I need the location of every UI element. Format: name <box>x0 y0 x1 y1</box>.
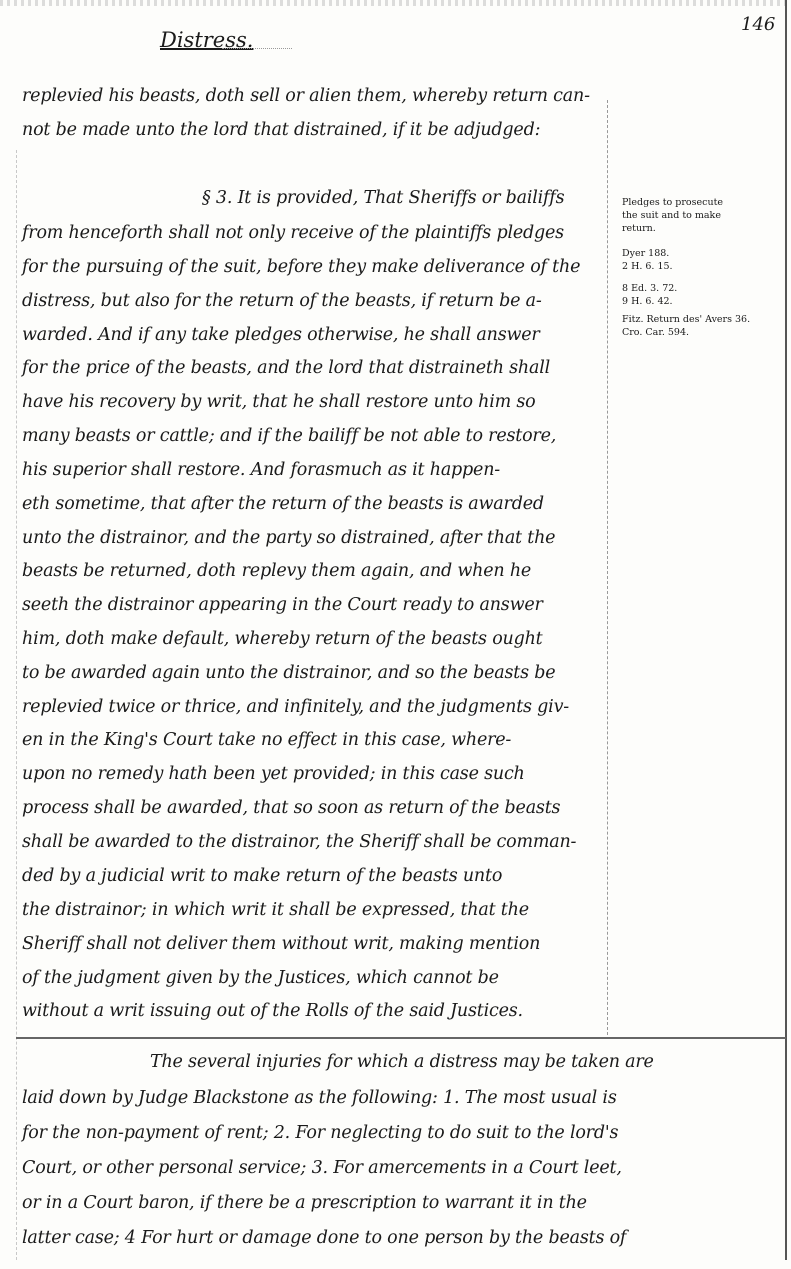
text-line: from henceforth shall not only receive o… <box>22 223 602 243</box>
heading-dotted-rule <box>222 48 292 49</box>
text-line: for the non-payment of rent; 2. For negl… <box>22 1123 782 1143</box>
margin-note: Pledges to prosecute <box>622 197 723 209</box>
text-line: distress, but also for the return of the… <box>22 291 602 311</box>
text-line: Court, or other personal service; 3. For… <box>22 1158 782 1178</box>
text-line: ded by a judicial writ to make return of… <box>22 866 602 886</box>
text-line: of the judgment given by the Justices, w… <box>22 968 602 988</box>
scan-edge-noise <box>0 0 791 6</box>
text-line: en in the King's Court take no effect in… <box>22 730 602 750</box>
text-line: unto the distrainor, and the party so di… <box>22 528 602 548</box>
page-number: 146 <box>741 14 775 35</box>
margin-citation: 8 Ed. 3. 72. <box>622 283 677 295</box>
text-line: for the price of the beasts, and the lor… <box>22 358 602 378</box>
text-line: shall be awarded to the distrainor, the … <box>22 832 602 852</box>
text-line: his superior shall restore. And forasmuc… <box>22 460 602 480</box>
section-heading-line: § 3. It is provided, That Sheriffs or ba… <box>22 188 602 208</box>
text-line: him, doth make default, whereby return o… <box>22 629 602 649</box>
text-line: process shall be awarded, that so soon a… <box>22 798 602 818</box>
margin-citation: Cro. Car. 594. <box>622 327 689 339</box>
text-line: not be made unto the lord that distraine… <box>22 120 602 140</box>
margin-citation: Dyer 188. <box>622 248 669 260</box>
text-line: to be awarded again unto the distrainor,… <box>22 663 602 683</box>
marginal-column-rule <box>607 100 608 1035</box>
text-line: laid down by Judge Blackstone as the fol… <box>22 1088 782 1108</box>
margin-citation: 2 H. 6. 15. <box>622 261 673 273</box>
text-line: or in a Court baron, if there be a presc… <box>22 1193 782 1213</box>
section-divider <box>16 1037 786 1039</box>
text-line: eth sometime, that after the return of t… <box>22 494 602 514</box>
margin-note: the suit and to make <box>622 210 721 222</box>
text-line: beasts be returned, doth replevy them ag… <box>22 561 602 581</box>
text-line: seeth the distrainor appearing in the Co… <box>22 595 602 615</box>
margin-note: return. <box>622 223 656 235</box>
text-line: replevied his beasts, doth sell or alien… <box>22 86 602 106</box>
text-line: Sheriff shall not deliver them without w… <box>22 934 602 954</box>
margin-citation: 9 H. 6. 42. <box>622 296 673 308</box>
text-line: for the pursuing of the suit, before the… <box>22 257 602 277</box>
text-line: replevied twice or thrice, and infinitel… <box>22 697 602 717</box>
text-line: The several injuries for which a distres… <box>22 1052 780 1072</box>
text-line: warded. And if any take pledges otherwis… <box>22 325 602 345</box>
text-line: have his recovery by writ, that he shall… <box>22 392 602 412</box>
margin-citation: Fitz. Return des' Avers 36. <box>622 314 750 326</box>
text-line: the distrainor; in which writ it shall b… <box>22 900 602 920</box>
text-line: without a writ issuing out of the Rolls … <box>22 1001 602 1021</box>
text-line: upon no remedy hath been yet provided; i… <box>22 764 602 784</box>
manuscript-page: 146 Distress. replevied his beasts, doth… <box>0 0 791 1269</box>
text-line: latter case; 4 For hurt or damage done t… <box>22 1228 782 1248</box>
left-margin-rule <box>16 150 17 1260</box>
text-line: many beasts or cattle; and if the bailif… <box>22 426 602 446</box>
page-right-edge <box>785 0 787 1260</box>
